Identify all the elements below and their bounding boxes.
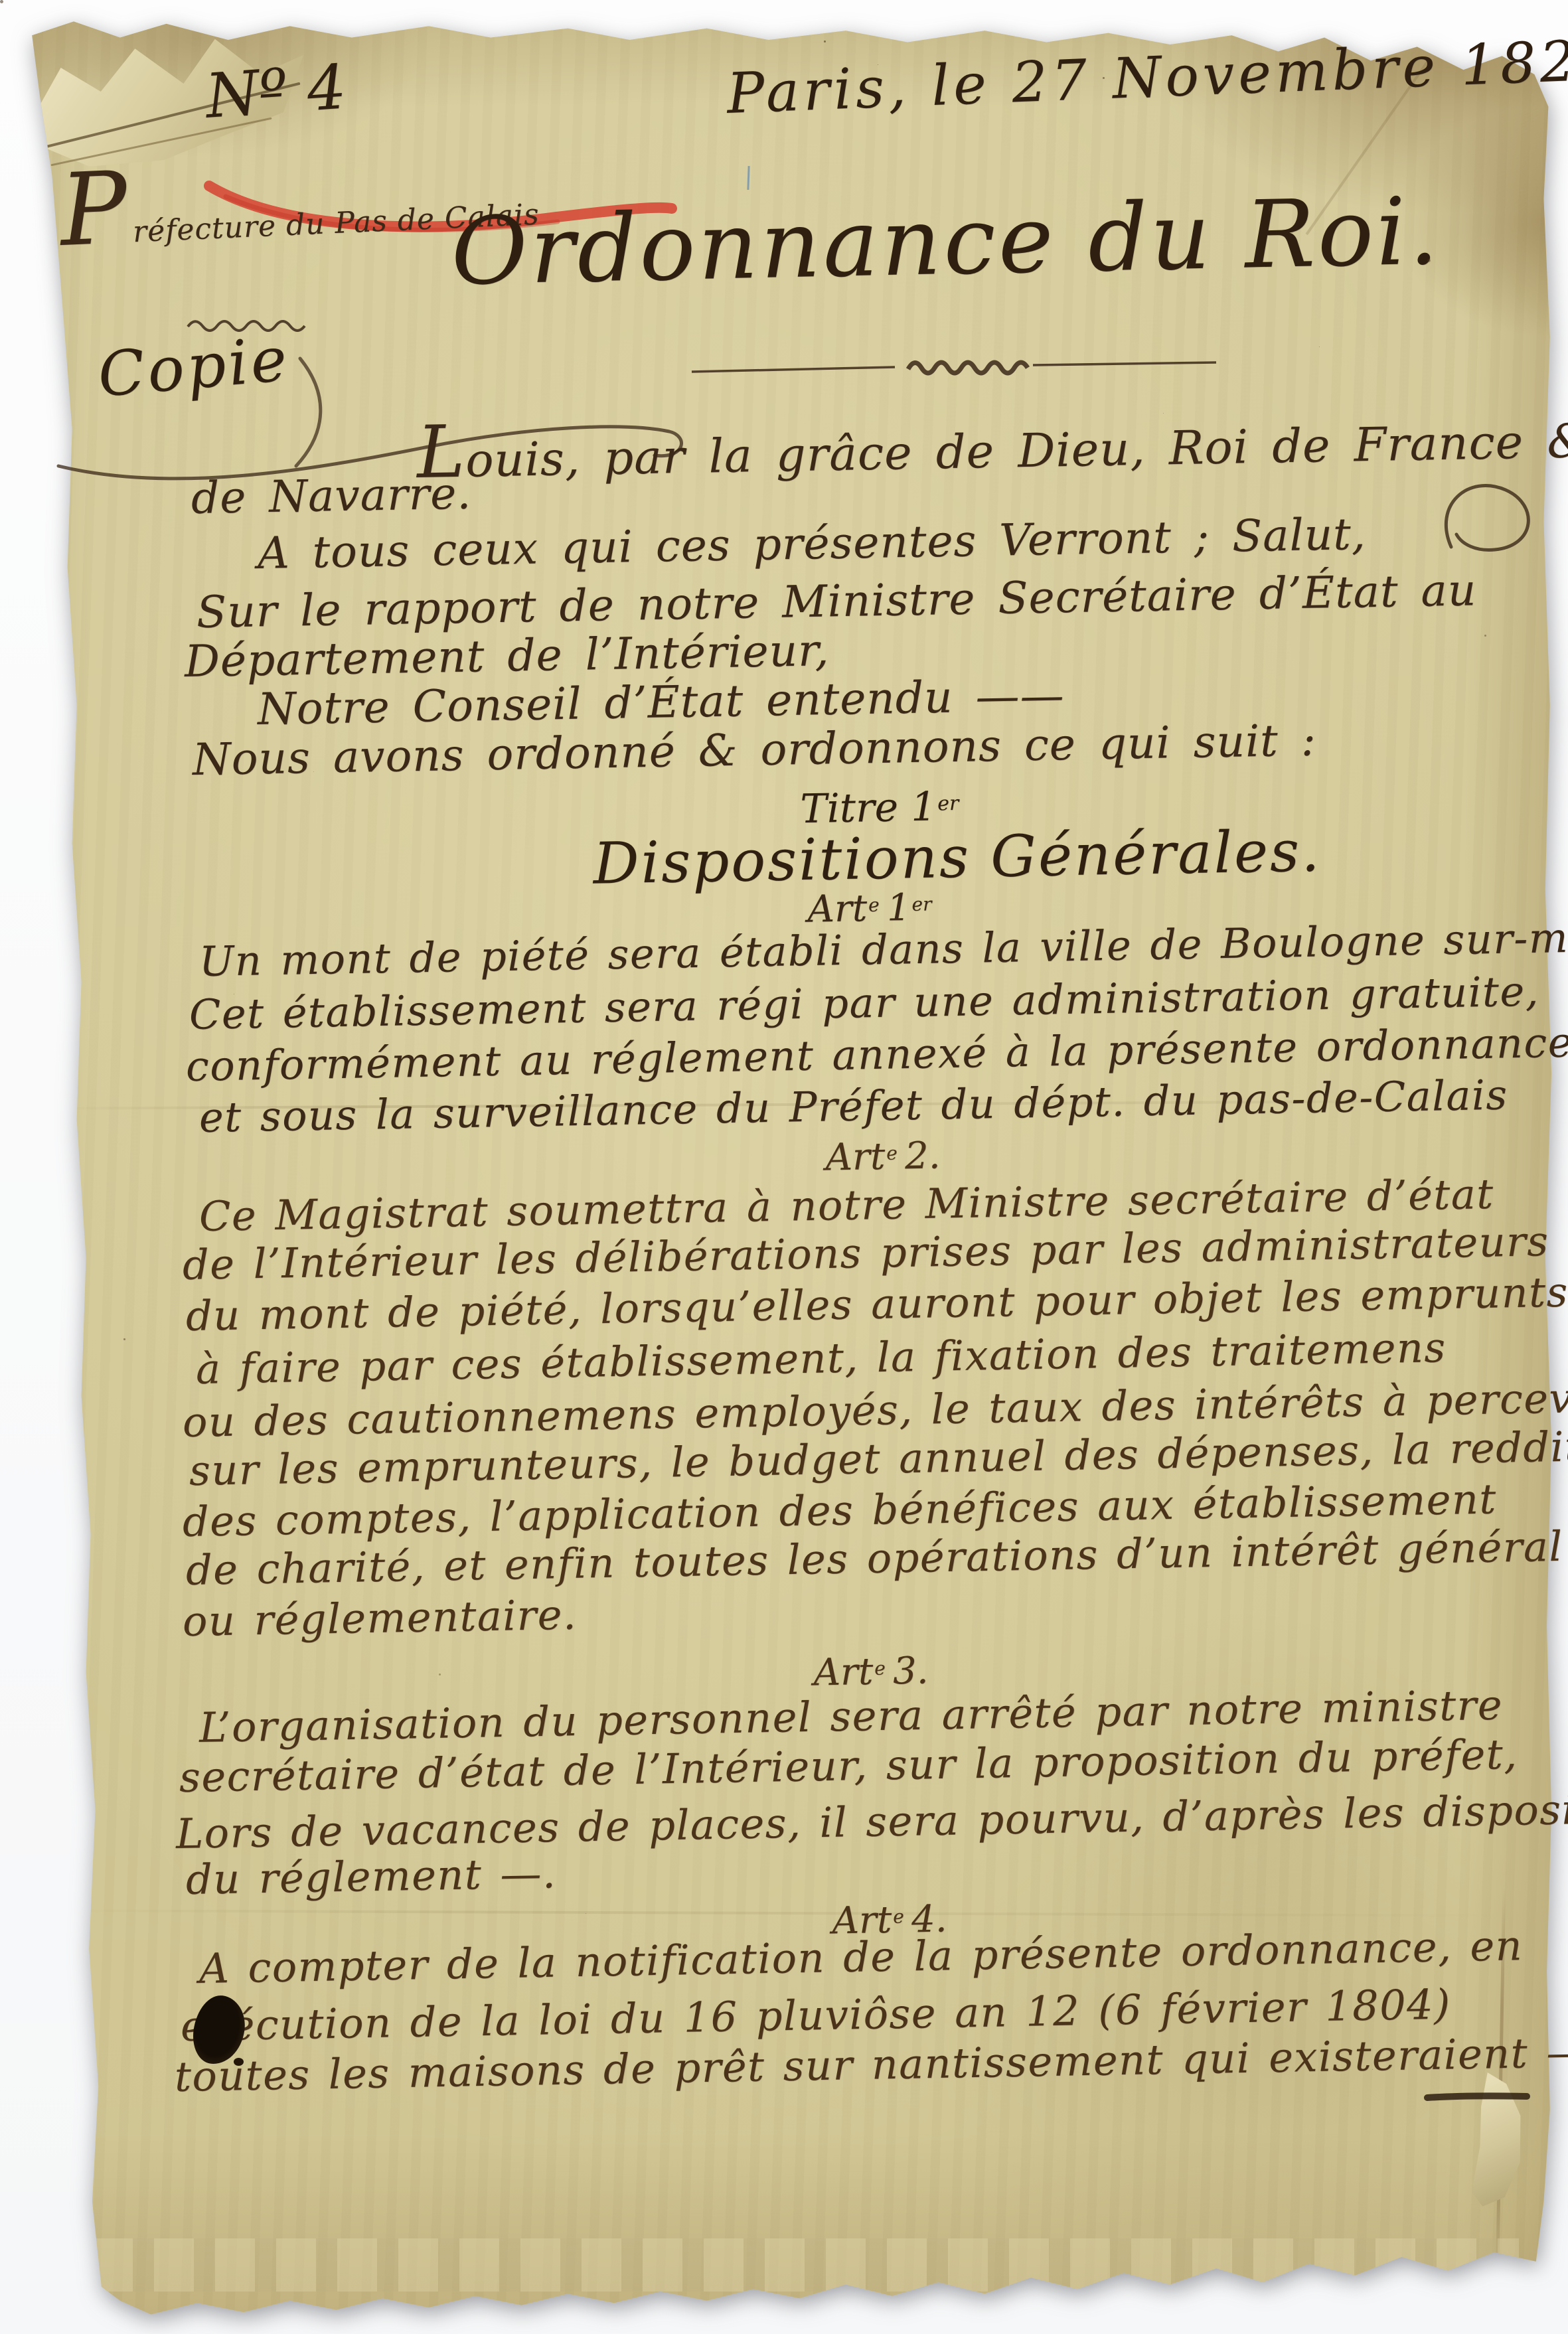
article-label-num: 2. [904, 1134, 941, 1178]
article-label-num: 3. [892, 1649, 929, 1693]
article-label-sup: e [874, 1658, 886, 1679]
article-2-line: ou réglementaire. [182, 1591, 577, 1646]
article-3-heading: Arte 3. [813, 1649, 929, 1694]
page-title: Ordonnance du Roi. [450, 177, 1442, 306]
article-label-text: Art [813, 1650, 874, 1695]
article-label-sup: e [868, 894, 880, 916]
preamble-line: de Navarre. [191, 468, 471, 524]
bottom-wear-band [32, 2238, 1519, 2292]
article-3-line: du réglement —. [185, 1849, 556, 1904]
bottom-right-fold [1446, 2069, 1535, 2209]
titre-heading-sup: er [937, 792, 959, 816]
blue-fiber-mark [747, 166, 749, 190]
manuscript-scan: Nº 4 Préfecture du Pas de Calais Copie P… [0, 0, 1568, 2334]
article-label-text: Art [825, 1135, 886, 1180]
article-label-text: Art [807, 887, 868, 931]
horizontal-crease-2 [52, 1909, 1512, 1917]
doc-number: Nº 4 [203, 51, 348, 131]
article-label-sup: e [886, 1142, 898, 1164]
article-label-num: 1 [886, 886, 911, 930]
paper-specks [0, 0, 3, 3]
article-label-numsup: er [911, 893, 932, 915]
article-2-heading: Arte 2. [825, 1134, 941, 1179]
titre-subheading: Dispositions Générales. [593, 818, 1322, 897]
article-label-sup: e [893, 1906, 904, 1928]
ink-blot-dot [234, 2058, 244, 2066]
